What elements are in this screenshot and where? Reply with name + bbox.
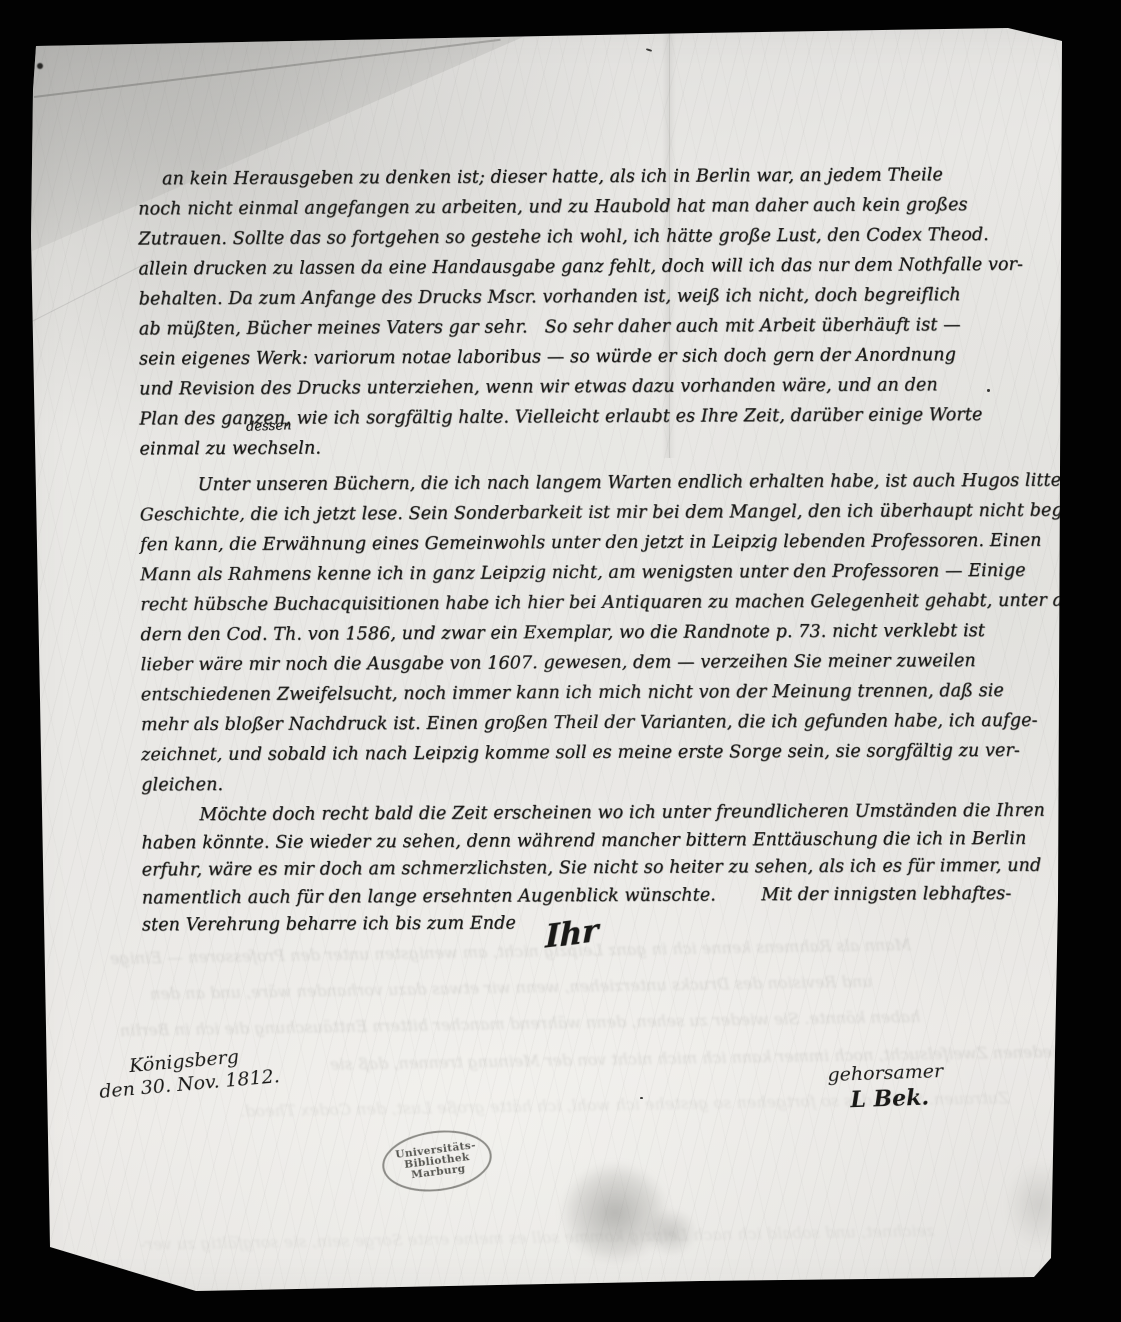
library-stamp: Universitäts- Bibliothek Marburg	[379, 1125, 495, 1198]
show-through-text: Mann als Rahmens kenne ich in ganz Leipz…	[110, 935, 911, 968]
handwritten-line: Unter unseren Büchern, die ich nach lang…	[140, 466, 1052, 501]
handwritten-line: mehr als bloßer Nachdruck ist. Einen gro…	[141, 706, 1053, 741]
ink-speck	[640, 1097, 643, 1099]
handwritten-line: gleichen.	[141, 766, 1053, 801]
signature-valediction: gehorsamer	[827, 1060, 943, 1086]
handwritten-line: Geschichte, die ich jetzt lese. Sein Son…	[140, 496, 1052, 531]
stain	[545, 1148, 685, 1278]
paragraph: Unter unseren Büchern, die ich nach lang…	[140, 466, 1054, 801]
closing-ihr: Ihr	[545, 913, 599, 956]
handwritten-line: Möchte doch recht bald die Zeit erschein…	[141, 798, 1053, 830]
handwritten-line: erfuhr, wäre es mir doch am schmerzlichs…	[142, 853, 1054, 885]
letter-body: an kein Herausgeben zu denken ist; diese…	[138, 160, 1054, 940]
handwritten-line: entschiedenen Zweifelsucht, noch immer k…	[141, 676, 1053, 711]
show-through-text: und Revision des Drucks unterziehen, wen…	[150, 972, 873, 1004]
stain	[996, 1150, 1082, 1260]
handwritten-line: Zutrauen. Sollte das so fortgehen so ges…	[138, 220, 1050, 255]
show-through-text: haben könnte. Sie wieder zu sehen, denn …	[120, 1007, 921, 1040]
handwritten-line: und Revision des Drucks unterziehen, wen…	[139, 370, 1051, 405]
dateline: Königsberg den 30. Nov. 1812.	[96, 1042, 280, 1103]
signature-name: L Bek.	[828, 1084, 944, 1114]
show-through-text: entschiedenen Zweifelsucht, noch immer k…	[330, 1041, 1111, 1074]
handwritten-line: namentlich auch für den lange ersehnten …	[142, 880, 1054, 912]
handwritten-line: Mann als Rahmens kenne ich in ganz Leipz…	[140, 556, 1052, 591]
handwritten-line: an kein Herausgeben zu denken ist; diese…	[138, 160, 1050, 195]
show-through-text: zeichnet, und sobald ich nach Leipzig ko…	[140, 1221, 935, 1254]
handwritten-line: sein eigenes Werk: variorum notae labori…	[139, 340, 1051, 375]
handwritten-line: dern den Cod. Th. von 1586, und zwar ein…	[140, 616, 1052, 651]
stain	[636, 1200, 706, 1264]
letter-page: Mann als Rahmens kenne ich in ganz Leipz…	[0, 0, 1121, 1322]
handwritten-line: einmal zu wechseln.	[139, 430, 1051, 465]
crease-line	[30, 259, 153, 323]
handwritten-line: zeichnet, und sobald ich nach Leipzig ko…	[141, 736, 1053, 771]
interline-insertion: dessen	[246, 418, 292, 435]
handwritten-line: lieber wäre mir noch die Ausgabe von 160…	[141, 646, 1053, 681]
handwritten-line: noch nicht einmal angefangen zu arbeiten…	[138, 190, 1050, 225]
handwritten-line: behalten. Da zum Anfange des Drucks Mscr…	[139, 280, 1051, 315]
scan-background: Mann als Rahmens kenne ich in ganz Leipz…	[0, 0, 1121, 1322]
handwritten-line: recht hübsche Buchacquisitionen habe ich…	[140, 586, 1052, 621]
handwritten-line: allein drucken zu lassen da eine Handaus…	[138, 250, 1050, 285]
punch-hole	[37, 63, 43, 69]
handwritten-line: fen kann, die Erwähnung eines Gemeinwohl…	[140, 526, 1052, 561]
handwritten-line: ab müßten, Bücher meines Vaters gar sehr…	[139, 310, 1051, 345]
ink-speck	[646, 48, 652, 52]
signature-block: gehorsamer L Bek.	[827, 1060, 944, 1114]
